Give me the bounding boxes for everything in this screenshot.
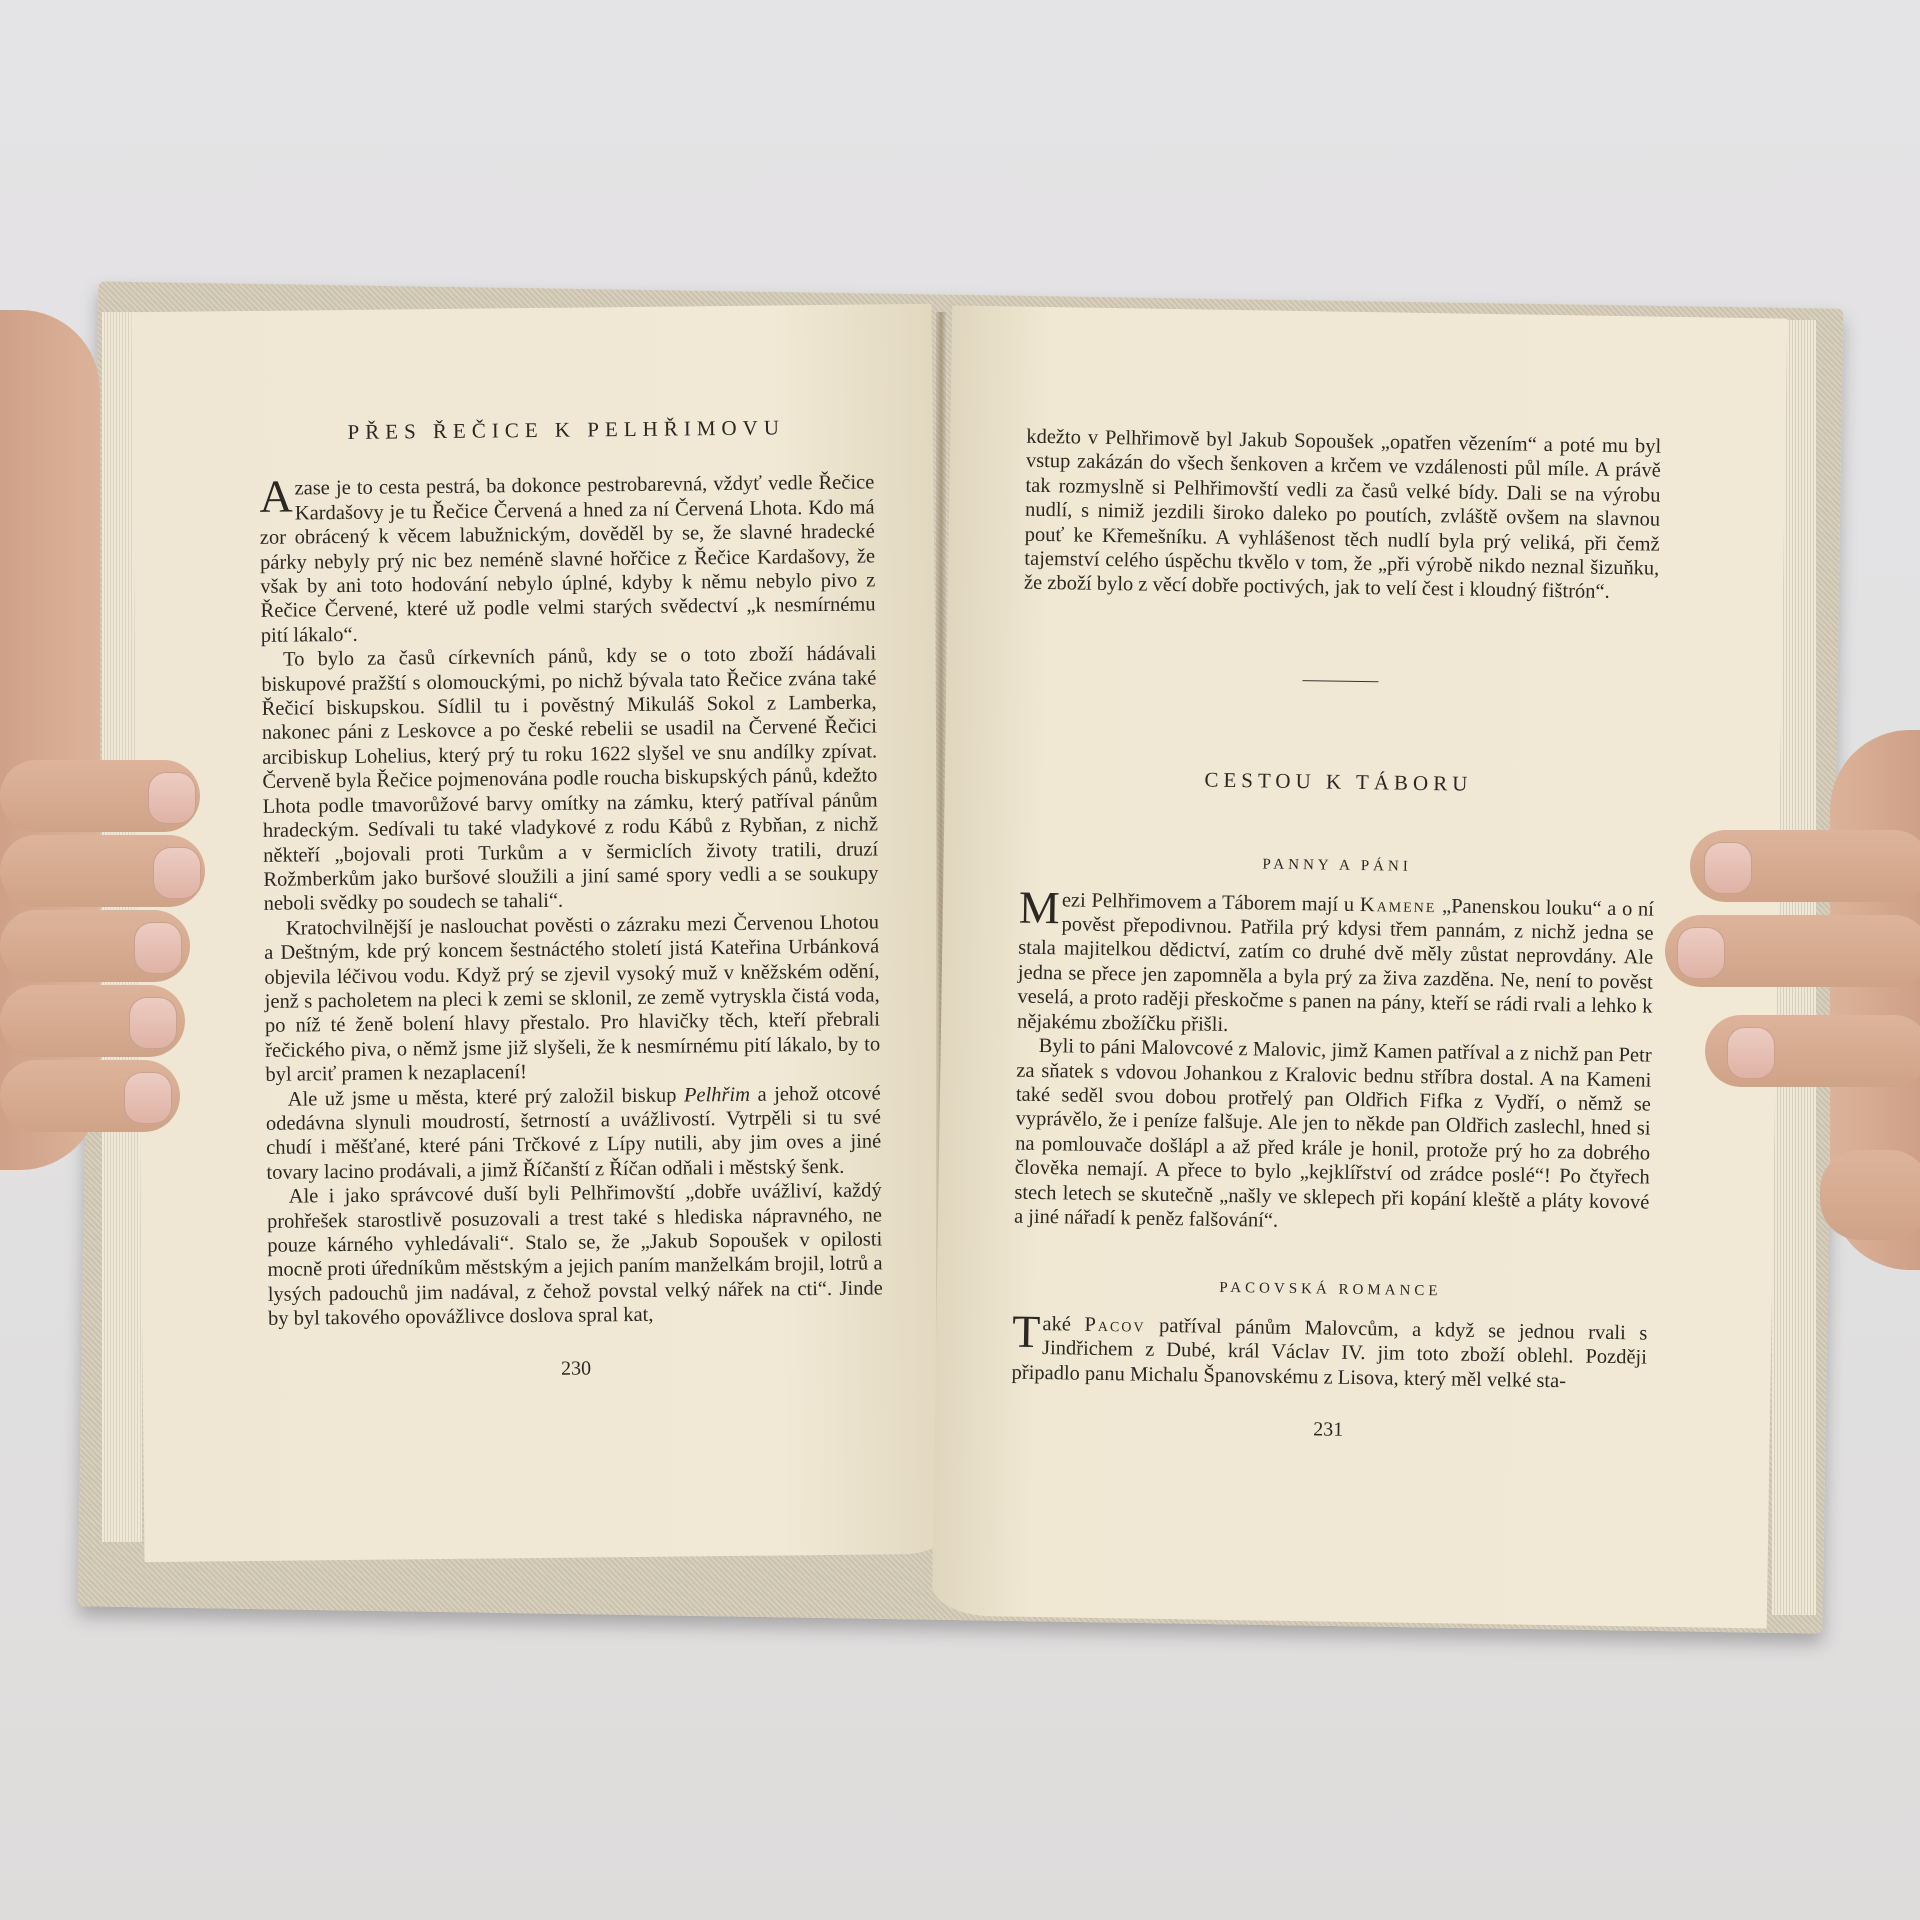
section-title: PACOVSKÁ ROMANCE	[1013, 1273, 1648, 1307]
fingernail	[129, 997, 177, 1049]
fingernail	[134, 922, 182, 974]
right-finger	[1665, 915, 1920, 987]
paragraph: Kratochvilnější je naslouchat pověsti o …	[264, 910, 881, 1087]
fingernail	[124, 1072, 172, 1124]
chapter-title: CESTOU K TÁBORU	[1021, 765, 1656, 799]
right-thumb	[1820, 1150, 1920, 1240]
left-page-text: PŘES ŘEČICE K PELHŘIMOVU A zase je to ce…	[259, 414, 884, 1383]
right-finger	[1690, 830, 1920, 902]
left-finger	[0, 985, 185, 1057]
page-number: 230	[268, 1353, 883, 1384]
fingernail	[1677, 927, 1725, 979]
page-number: 231	[1011, 1413, 1646, 1447]
fingernail	[1704, 842, 1752, 894]
photo-scene: PŘES ŘEČICE K PELHŘIMOVU A zase je to ce…	[0, 0, 1920, 1920]
right-page-text: kdežto v Pelhřimově byl Jakub Sopoušek „…	[1011, 425, 1662, 1447]
opening-paragraph: A zase je to cesta pestrá, ba dokonce pe…	[259, 471, 876, 648]
left-finger	[0, 1060, 180, 1132]
section-divider-rule	[1302, 680, 1378, 682]
drop-cap: M	[1019, 889, 1060, 926]
paragraph: Byli to páni Malovcové z Malovic, jimž K…	[1014, 1034, 1652, 1239]
fingernail	[153, 847, 201, 899]
paragraph: Ale už jsme u města, které prý založil b…	[266, 1081, 882, 1185]
italic-name: Pelhřim	[684, 1083, 750, 1106]
left-finger	[0, 835, 205, 907]
drop-cap: T	[1012, 1313, 1041, 1349]
paragraph: To bylo za časů církevních pánů, kdy se …	[261, 642, 879, 917]
opening-paragraph: Také Pacov patříval pánům Malovcům, a kd…	[1011, 1311, 1647, 1394]
chapter-title: PŘES ŘEČICE K PELHŘIMOVU	[259, 414, 874, 445]
fingernail	[1727, 1027, 1775, 1079]
paragraph: Ale i jako správcové duší byli Pelhřimov…	[267, 1179, 883, 1332]
fingernail	[148, 772, 196, 824]
drop-cap: A	[259, 479, 293, 515]
section-title: PANNY A PÁNI	[1019, 849, 1654, 883]
left-finger	[0, 760, 200, 832]
continuation-paragraph: kdežto v Pelhřimově byl Jakub Sopoušek „…	[1024, 425, 1662, 606]
opening-paragraph: Mezi Pelhřimovem a Táborem mají u Kamene…	[1017, 887, 1654, 1043]
left-page: PŘES ŘEČICE K PELHŘIMOVU A zase je to ce…	[131, 304, 944, 1562]
right-page: kdežto v Pelhřimově byl Jakub Sopoušek „…	[932, 306, 1787, 1629]
right-finger	[1705, 1015, 1920, 1087]
left-finger	[0, 910, 190, 982]
